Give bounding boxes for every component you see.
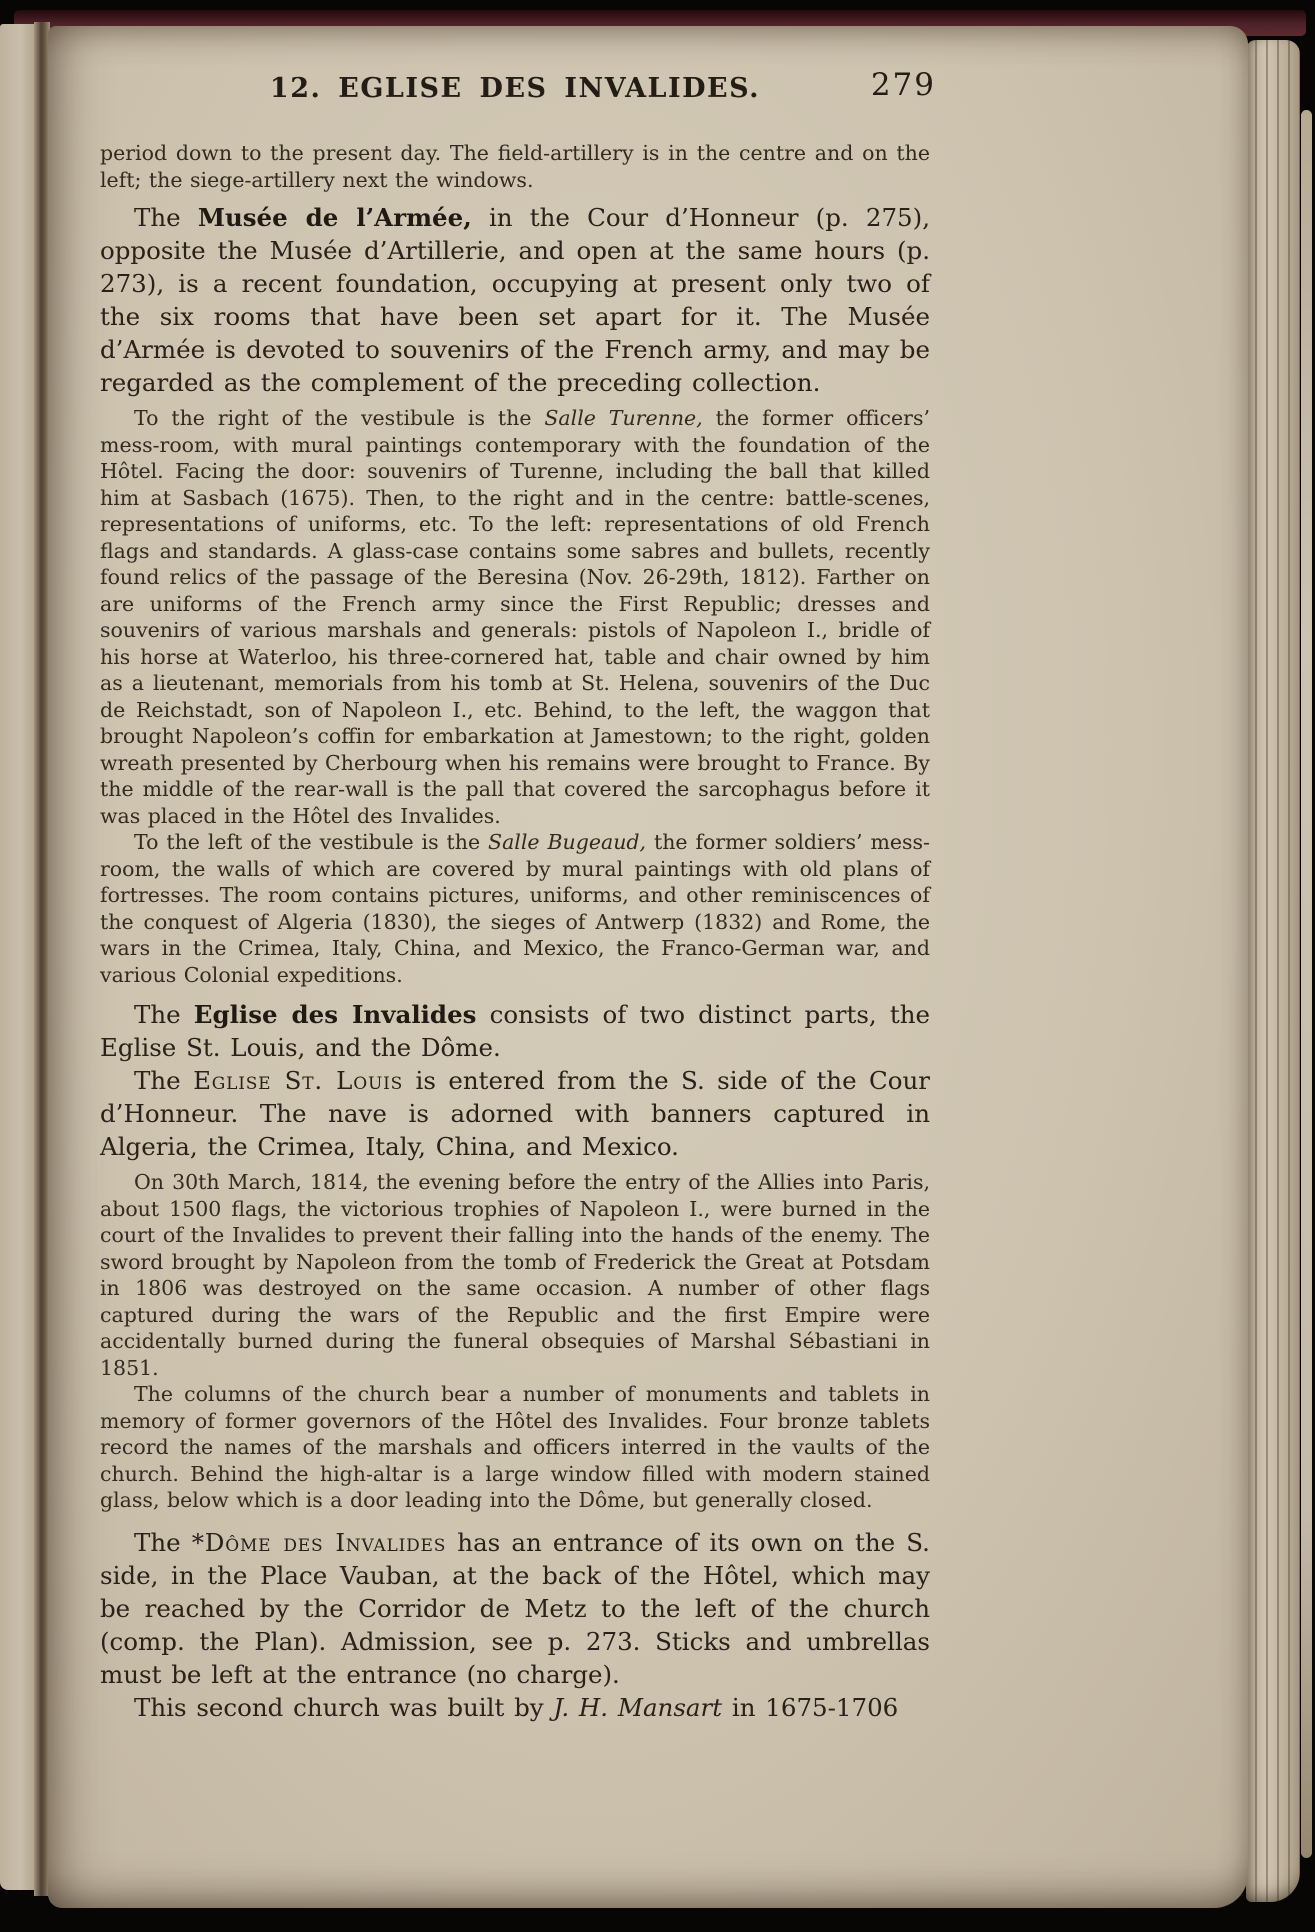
text-run: the former officers’ mess-room, with mur… [100, 406, 930, 828]
text-run: The [134, 203, 198, 232]
italic-term-salle-bugeaud: Salle Bugeaud, [488, 830, 646, 854]
paragraph-salle-bugeaud: To the left of the vestibule is the Sall… [100, 829, 930, 988]
paragraph-musee-de-larmee: The Musée de l’Armée, in the Cour d’Honn… [100, 201, 930, 399]
paragraph-mansart: This second church was built by J. H. Ma… [100, 1691, 930, 1724]
paragraph-columns-monuments: The columns of the church bear a number … [100, 1381, 930, 1514]
bold-term-musee-de-larmee: Musée de l’Armée, [198, 203, 472, 232]
text-run: On 30th March, 1814, the evening before … [100, 1170, 930, 1380]
text-run: To the right of the vestibule is the [134, 406, 544, 430]
text-run: in the Cour d’Honneur (p. 275), opposite… [100, 203, 930, 397]
facing-page-edge [0, 24, 34, 1890]
page-stack-edge [1246, 40, 1300, 1902]
page-header: 12. EGLISE DES INVALIDES. 279 [100, 72, 930, 106]
bold-term-eglise-des-invalides: Eglise des Invalides [194, 1000, 477, 1029]
paragraph-artillery-continuation: period down to the present day. The fiel… [100, 140, 930, 193]
text-run: The columns of the church bear a number … [100, 1382, 930, 1512]
text-run: in 1675-1706 [722, 1693, 898, 1722]
smallcaps-term-dome-des-invalides: *Dôme des Invalides [192, 1528, 446, 1557]
page-content: 12. EGLISE DES INVALIDES. 279 period dow… [100, 72, 930, 1724]
italic-term-salle-turenne: Salle Turenne, [544, 406, 702, 430]
paragraph-dome-des-invalides: The *Dôme des Invalides has an entrance … [100, 1526, 930, 1691]
text-run: The [134, 1066, 193, 1095]
page-number: 279 [871, 68, 936, 102]
paragraph-eglise-st-louis: The Eglise St. Louis is entered from the… [100, 1064, 930, 1163]
text-run: period down to the present day. The fiel… [100, 141, 930, 192]
outer-page-edge [1301, 110, 1312, 1858]
paragraph-flags-1814: On 30th March, 1814, the evening before … [100, 1169, 930, 1381]
text-run: The [134, 1528, 192, 1557]
text-run: To the left of the vestibule is the [134, 830, 488, 854]
italic-term-mansart: J. H. Mansart [553, 1693, 722, 1722]
chapter-heading: 12. EGLISE DES INVALIDES. [100, 72, 930, 106]
photo-background: 12. EGLISE DES INVALIDES. 279 period dow… [0, 0, 1315, 1932]
text-run: The [134, 1000, 194, 1029]
paragraph-salle-turenne: To the right of the vestibule is the Sal… [100, 405, 930, 829]
smallcaps-term-eglise-st-louis: Eglise St. Louis [193, 1066, 403, 1095]
book-page: 12. EGLISE DES INVALIDES. 279 period dow… [48, 26, 1248, 1908]
paragraph-eglise-des-invalides: The Eglise des Invalides consists of two… [100, 998, 930, 1064]
text-run: This second church was built by [134, 1693, 553, 1722]
